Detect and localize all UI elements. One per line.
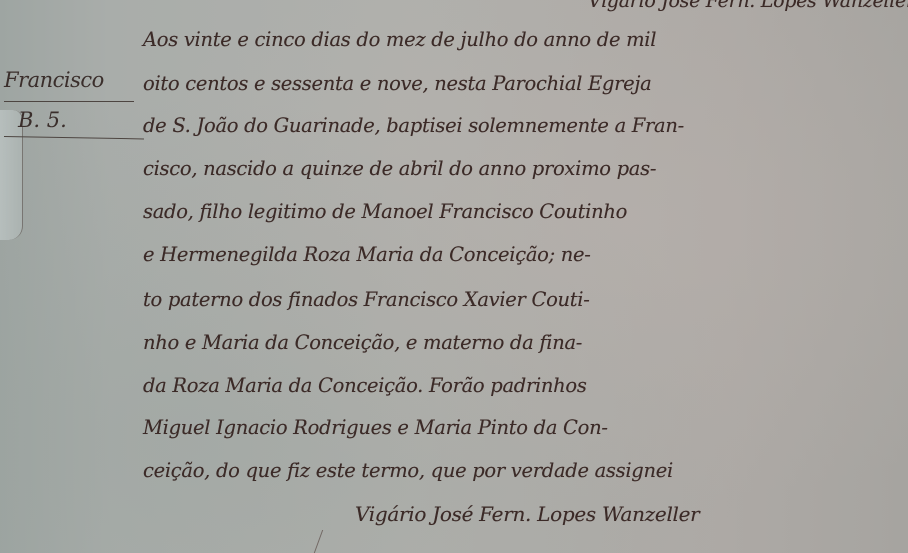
document-page: Francisco B. 5. Vigário José Fern. Lopes… bbox=[0, 0, 908, 553]
record-line-1: Aos vinte e cinco dias do mez de julho d… bbox=[143, 28, 656, 51]
record-line-2: oito centos e sessenta e nove, nesta Par… bbox=[143, 72, 651, 95]
margin-rule bbox=[4, 101, 134, 102]
record-line-5: sado, filho legitimo de Manoel Francisco… bbox=[143, 200, 627, 223]
record-line-10: Miguel Ignacio Rodrigues e Maria Pinto d… bbox=[143, 416, 608, 439]
record-line-8: nho e Maria da Conceição, e materno da f… bbox=[143, 331, 582, 354]
record-line-4: cisco, nascido a quinze de abril do anno… bbox=[143, 157, 656, 180]
record-line-7: to paterno dos finados Francisco Xavier … bbox=[143, 288, 590, 311]
record-line-9: da Roza Maria da Conceição. Forão padrin… bbox=[143, 374, 587, 397]
margin-baptized-name: Francisco bbox=[4, 68, 104, 92]
margin-rule bbox=[4, 136, 144, 139]
record-line-11: ceição, do que fiz este termo, que por v… bbox=[143, 459, 673, 482]
margin-column: Francisco B. 5. bbox=[0, 0, 140, 553]
previous-entry-signature: Vigário José Fern. Lopes Wanzeller. bbox=[588, 0, 908, 12]
margin-entry-code: B. 5. bbox=[18, 108, 67, 132]
record-line-3: de S. João do Guarinade, baptisei solemn… bbox=[143, 114, 684, 137]
record-line-6: e Hermenegilda Roza Maria da Conceição; … bbox=[143, 243, 591, 266]
vicar-signature: Vigário José Fern. Lopes Wanzeller bbox=[355, 502, 699, 526]
ink-stroke bbox=[314, 530, 335, 553]
